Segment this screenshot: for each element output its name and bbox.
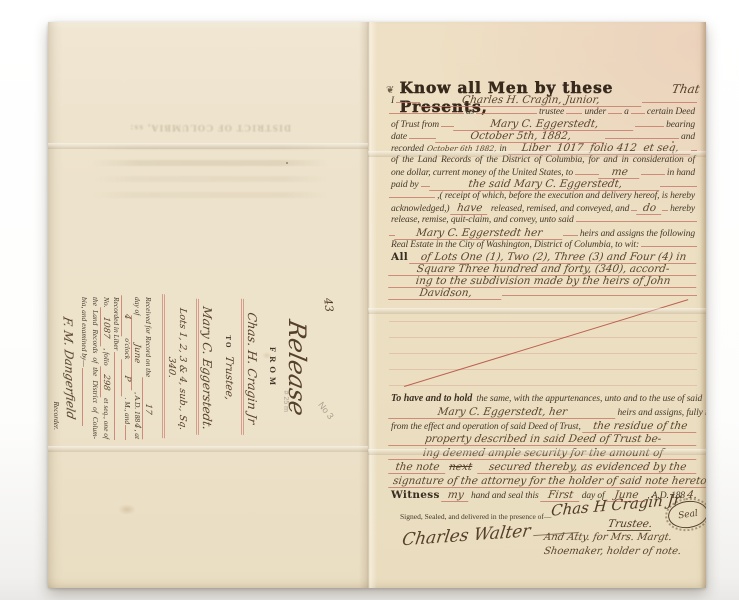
deed-line: release, remise, quit-claim, and convey,…	[389, 215, 697, 227]
blank-rule	[576, 221, 697, 222]
docket-line: the Land Records of the District of Colu…	[89, 296, 100, 440]
text-segment: Square Three hundred and forty, (340), a…	[388, 264, 698, 276]
deed-line: ing to the subdivision made by the heirs…	[389, 276, 697, 288]
deed-line: Mary C. Eggerstedt, herheirs and assigns…	[389, 407, 697, 421]
text-segment: under	[582, 107, 608, 118]
docket-from-label: FROM	[268, 290, 278, 446]
text-segment: bia, and examined by—	[79, 296, 89, 368]
ghost-smudge	[92, 160, 328, 166]
text-segment: as	[464, 107, 476, 118]
text-segment: property described in said Deed of Trust…	[388, 434, 698, 446]
blank-rule	[409, 138, 436, 139]
text-segment: 1087	[100, 308, 111, 348]
docket-number: 43	[321, 297, 335, 312]
deed-panel: ❦ Know all Men by these Presents, That I…	[368, 22, 706, 588]
deed-body-lower: To have and to holdthe same, with the ap…	[389, 393, 697, 503]
text-segment: . M., and	[122, 397, 132, 425]
paper-speck	[672, 141, 674, 143]
blank-rule	[635, 126, 664, 127]
text-segment: October 6th 1882,	[425, 143, 498, 154]
text-segment: day of	[132, 296, 142, 316]
blank-rule	[476, 113, 537, 114]
deed-line: of the Land Records of the District of C…	[389, 155, 697, 167]
text-segment: release, remise, quit-claim, and convey,…	[389, 215, 576, 226]
text-segment: ,( receipt of which, before the executio…	[435, 191, 697, 202]
blank-rule	[441, 126, 454, 127]
text-segment: ing deemed ample security for the amount…	[388, 448, 698, 460]
pencil-notation: No 3	[316, 400, 336, 421]
text-segment: Liber 1017 folio 412 et seq,	[508, 143, 692, 155]
text-segment: 17	[142, 377, 153, 440]
text-segment: P	[121, 359, 132, 397]
text-segment: of the Land Records of the District of C…	[389, 155, 697, 166]
blank-rule	[605, 138, 679, 139]
attorney-note-line1: And Atty. for Mrs. Margt.	[543, 532, 673, 543]
text-segment: acknowledged,)	[389, 204, 451, 215]
ghost-smudge	[92, 192, 328, 198]
blank-rule	[641, 246, 697, 247]
text-segment: et seq., one of	[101, 397, 111, 440]
docket-to-label: TO	[224, 335, 232, 349]
attorney-note-line2: Shoemaker, holder of note.	[543, 546, 682, 557]
docket-line: Received for Record on the17	[142, 296, 153, 440]
text-segment: All	[389, 252, 410, 263]
blank-rule	[566, 113, 582, 114]
docket-line: Recorded in Liber	[111, 296, 122, 440]
recorder-signature: F. M. Dangerfield	[59, 288, 78, 448]
docket-line: day ofJune, A.D. 1884, at	[132, 296, 143, 440]
docket-panel: DISTRICT OF COLUMBIA, ss: 43 No 3 # 25 m…	[48, 22, 368, 588]
text-segment: heirs and assigns, fully released and di…	[616, 408, 697, 419]
text-segment: next	[445, 462, 479, 473]
deed-line: the notenextsecured thereby, as evidence…	[389, 462, 697, 476]
text-segment: the said Mary C. Eggerstedt,	[429, 179, 661, 191]
text-segment: of Lots One (1), Two (2), Three (3) and …	[409, 252, 698, 264]
text-segment: heirs and assigns the following	[578, 229, 697, 240]
text-segment: recorded	[389, 144, 426, 155]
text-segment: , A.D. 188	[132, 391, 142, 423]
text-segment: and	[679, 132, 697, 143]
blank-rule	[389, 197, 435, 198]
paper-stain	[118, 504, 136, 515]
text-segment: my	[441, 490, 470, 502]
text-segment: To have and to hold	[389, 393, 474, 404]
text-segment: paid by	[389, 180, 421, 191]
ghost-headline: DISTRICT OF COLUMBIA, ss:	[76, 122, 344, 132]
text-segment: Real Estate in the City of Washington, D…	[389, 240, 641, 251]
blank-rule	[502, 295, 697, 296]
text-segment: secured thereby, as evidenced by the	[477, 462, 698, 474]
deed-line: Allof Lots One (1), Two (2), Three (3) a…	[389, 252, 697, 264]
text-segment: from the effect and operation of said De…	[389, 422, 583, 433]
text-segment: in	[497, 144, 508, 155]
blank-rule	[421, 186, 430, 187]
text-segment: do	[636, 203, 663, 215]
deed-line: Square Three hundred and forty, (340), a…	[389, 264, 697, 276]
deed-line: ICharles H. Cragin, Junior,	[389, 95, 697, 107]
text-segment: Charles H. Cragin, Junior,	[419, 95, 642, 107]
text-segment: trustee	[537, 107, 566, 118]
blank-rule	[642, 102, 697, 103]
blank-rule	[114, 352, 115, 440]
text-segment: ing to the subdivision made by the heirs…	[388, 276, 698, 288]
docket-trustee: Trustee,	[223, 355, 235, 401]
blank-rule	[563, 235, 577, 236]
deed-line: Mary C. Eggerstedt herheirs and assigns …	[389, 228, 697, 240]
text-segment: Mary C. Eggerstedt her	[394, 228, 564, 240]
text-segment: of Trust from	[389, 120, 441, 131]
docket-line: bia, and examined by—	[79, 296, 90, 440]
presence-clause: Signed, Sealed, and delivered in the pre…	[400, 512, 551, 521]
deed-heading-that: That	[671, 82, 701, 96]
deed-line: signature of the attorney for the holder…	[389, 476, 697, 490]
ghost-smudge	[92, 144, 328, 150]
text-segment: , at	[132, 429, 142, 440]
text-segment: , folio	[101, 347, 111, 366]
blank-rule	[660, 186, 697, 187]
text-segment: June	[131, 316, 142, 392]
strike-through-diagonal-line	[404, 299, 688, 387]
deed-line: Davidson,	[389, 288, 697, 300]
text-segment: hand and seal this	[469, 491, 541, 502]
text-segment: 298	[100, 366, 111, 398]
blank-rule	[389, 113, 464, 114]
text-segment: a	[622, 107, 631, 118]
deed-line: acknowledged,)havereleased, remised, and…	[389, 203, 697, 215]
docket-grantee: Mary C. Eggerstedt.	[196, 299, 214, 438]
deed-line: ing deemed ample security for the amount…	[389, 448, 697, 462]
text-segment: date	[389, 132, 409, 143]
text-segment: the Land Records of the District of Colu…	[90, 296, 100, 440]
text-segment: hereby	[668, 204, 697, 215]
text-segment: 4.	[686, 490, 698, 501]
docket-line: No.1087, folio298et seq., one of	[100, 296, 111, 440]
grantor-title: Trustee.	[607, 518, 653, 531]
blank-rule	[691, 150, 697, 151]
ghost-smudge	[92, 176, 328, 182]
blank-rule	[631, 113, 645, 114]
bleed-through-text: DISTRICT OF COLUMBIA, ss:	[76, 58, 344, 208]
deed-line: paid bythe said Mary C. Eggerstedt,	[389, 179, 697, 191]
docket-title-release: Release	[283, 287, 311, 449]
text-segment: Davidson,	[388, 288, 503, 300]
document-paper: DISTRICT OF COLUMBIA, ss: 43 No 3 # 25 m…	[48, 22, 706, 588]
blank-rule	[575, 174, 599, 175]
blank-rule	[641, 174, 665, 175]
text-segment: 4	[121, 295, 132, 338]
blank-rule	[608, 113, 622, 114]
photo-background: DISTRICT OF COLUMBIA, ss: 43 No 3 # 25 m…	[0, 0, 739, 600]
text-segment: certain Deed	[645, 107, 697, 118]
deed-line: To have and to holdthe same, with the ap…	[389, 393, 697, 407]
text-segment: the same, with the appurtenances, unto a…	[474, 394, 697, 405]
text-segment: Mary C. Eggerstedt, her	[388, 407, 616, 419]
text-segment: Received for Record on the	[143, 296, 153, 378]
docket-to-line: TO Trustee,	[223, 290, 235, 446]
text-segment: Witness	[389, 490, 442, 501]
text-segment: released, remised, and conveyed, and	[489, 204, 631, 215]
docket-grantor: Chas. H. Cragin Jr	[241, 299, 259, 438]
text-segment: have	[451, 203, 490, 215]
text-segment: Recorded in Liber	[111, 296, 121, 352]
paper-speck	[286, 162, 288, 164]
text-segment: in hand	[665, 168, 697, 179]
text-segment: the residue of the	[582, 421, 698, 433]
text-segment: I	[389, 96, 396, 107]
docket-form: 43 No 3 # 25 m Release FROM Chas. H. Cra…	[65, 290, 335, 446]
docket-property: Lots 1, 2, 3 & 4, sub., Sq. 340.	[162, 294, 188, 442]
text-segment: bearing	[664, 120, 697, 131]
deed-body-upper: ICharles H. Cragin, Junior,astrusteeunde…	[389, 95, 697, 300]
deed-line: Real Estate in the City of Washington, D…	[389, 240, 697, 252]
blank-rule	[82, 368, 83, 426]
docket-line: 4o'clockP. M., and	[121, 296, 132, 440]
deed-line: recordedOctober 6th 1882,inLiber 1017 fo…	[389, 143, 697, 155]
text-segment: signature of the attorney for the holder…	[388, 476, 706, 488]
docket-recording-block: Received for Record on the17day ofJune, …	[79, 296, 153, 440]
text-segment: the note	[388, 462, 446, 474]
blank-rule	[125, 425, 126, 440]
blank-rule	[396, 102, 420, 103]
